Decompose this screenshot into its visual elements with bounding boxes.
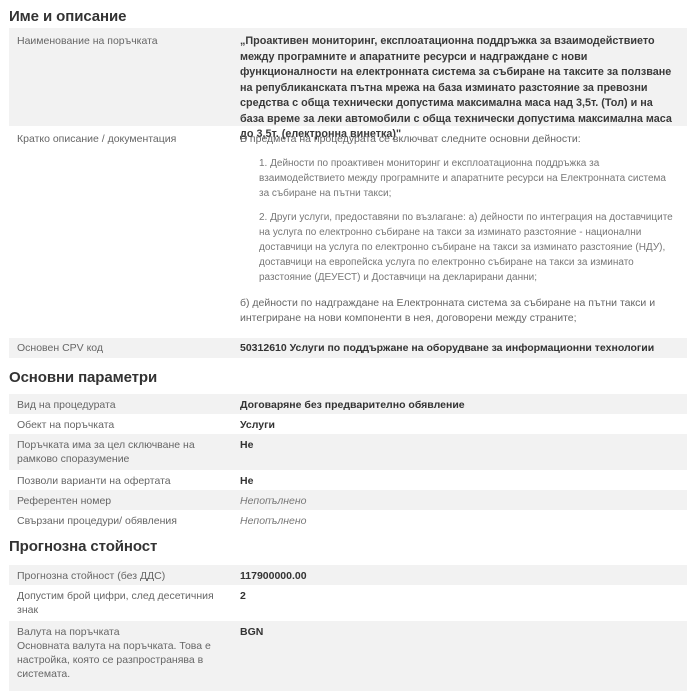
name-description-table: Наименование на поръчката „Проактивен мо… [9, 28, 687, 358]
table-row: Наименование на поръчката „Проактивен мо… [9, 28, 687, 126]
field-label: Позволи варианти на офертата [9, 470, 233, 490]
field-label: Прогнозна стойност (без ДДС) [9, 565, 233, 585]
related-procedures-value: Непопълнено [233, 510, 687, 530]
cpv-code-value: 50312610 Услуги по поддържане на оборудв… [233, 338, 687, 358]
table-row: Валута на поръчката Основната валута на … [9, 621, 687, 691]
section-title-main-parameters: Основни параметри [9, 358, 687, 394]
description-intro: В предмета на процедурата се включват сл… [240, 130, 677, 147]
decimal-digits-value: 2 [233, 585, 687, 621]
table-row: Вид на процедурата Договаряне без предва… [9, 394, 687, 414]
field-label: Основен CPV код [9, 338, 233, 358]
description-item-2: 2. Други услуги, предоставяни по възлага… [240, 210, 677, 285]
field-label: Кратко описание / документация [9, 126, 233, 338]
reference-number-value: Непопълнено [233, 490, 687, 510]
framework-agreement-value: Не [233, 434, 687, 470]
table-row: Свързани процедури/ обявления Непопълнен… [9, 510, 687, 530]
section-title-estimated-value: Прогнозна стойност [9, 530, 687, 565]
description-item-b: б) дейности по надграждане на Електронна… [240, 296, 677, 326]
table-row: Кратко описание / документация В предмет… [9, 126, 687, 338]
table-row: Прогнозна стойност (без ДДС) 117900000.0… [9, 565, 687, 585]
description-item-1: 1. Дейности по проактивен мониторинг и е… [240, 156, 677, 201]
field-label: Допустим брой цифри, след десетичния зна… [9, 585, 233, 621]
field-label: Валута на поръчката Основната валута на … [9, 621, 233, 691]
short-description-value: В предмета на процедурата се включват сл… [233, 126, 687, 338]
field-label: Обект на поръчката [9, 414, 233, 434]
offer-variants-value: Не [233, 470, 687, 490]
procurement-object-value: Услуги [233, 414, 687, 434]
main-parameters-table: Вид на процедурата Договаряне без предва… [9, 394, 687, 530]
table-row: Основен CPV код 50312610 Услуги по поддъ… [9, 338, 687, 358]
field-label: Свързани процедури/ обявления [9, 510, 233, 530]
field-label: Референтен номер [9, 490, 233, 510]
field-label: Поръчката има за цел сключване на рамков… [9, 434, 233, 470]
table-row: Допустим брой цифри, след десетичния зна… [9, 585, 687, 621]
field-label: Наименование на поръчката [9, 28, 233, 126]
table-row: Позволи варианти на офертата Не [9, 470, 687, 490]
field-label: Вид на процедурата [9, 394, 233, 414]
estimated-value-table: Прогнозна стойност (без ДДС) 117900000.0… [9, 565, 687, 691]
currency-value: BGN [233, 621, 687, 691]
currency-label: Валута на поръчката [17, 626, 120, 638]
currency-hint: Основната валута на поръчката. Това е на… [17, 639, 223, 681]
procedure-type-value: Договаряне без предварително обявление [233, 394, 687, 414]
table-row: Обект на поръчката Услуги [9, 414, 687, 434]
section-title-name-description: Име и описание [9, 0, 687, 28]
procurement-title-value: „Проактивен мониторинг, експлоатационна … [233, 28, 687, 126]
estimated-value-amount: 117900000.00 [233, 565, 687, 585]
procurement-details-page: Име и описание Наименование на поръчката… [0, 0, 687, 691]
table-row: Референтен номер Непопълнено [9, 490, 687, 510]
table-row: Поръчката има за цел сключване на рамков… [9, 434, 687, 470]
